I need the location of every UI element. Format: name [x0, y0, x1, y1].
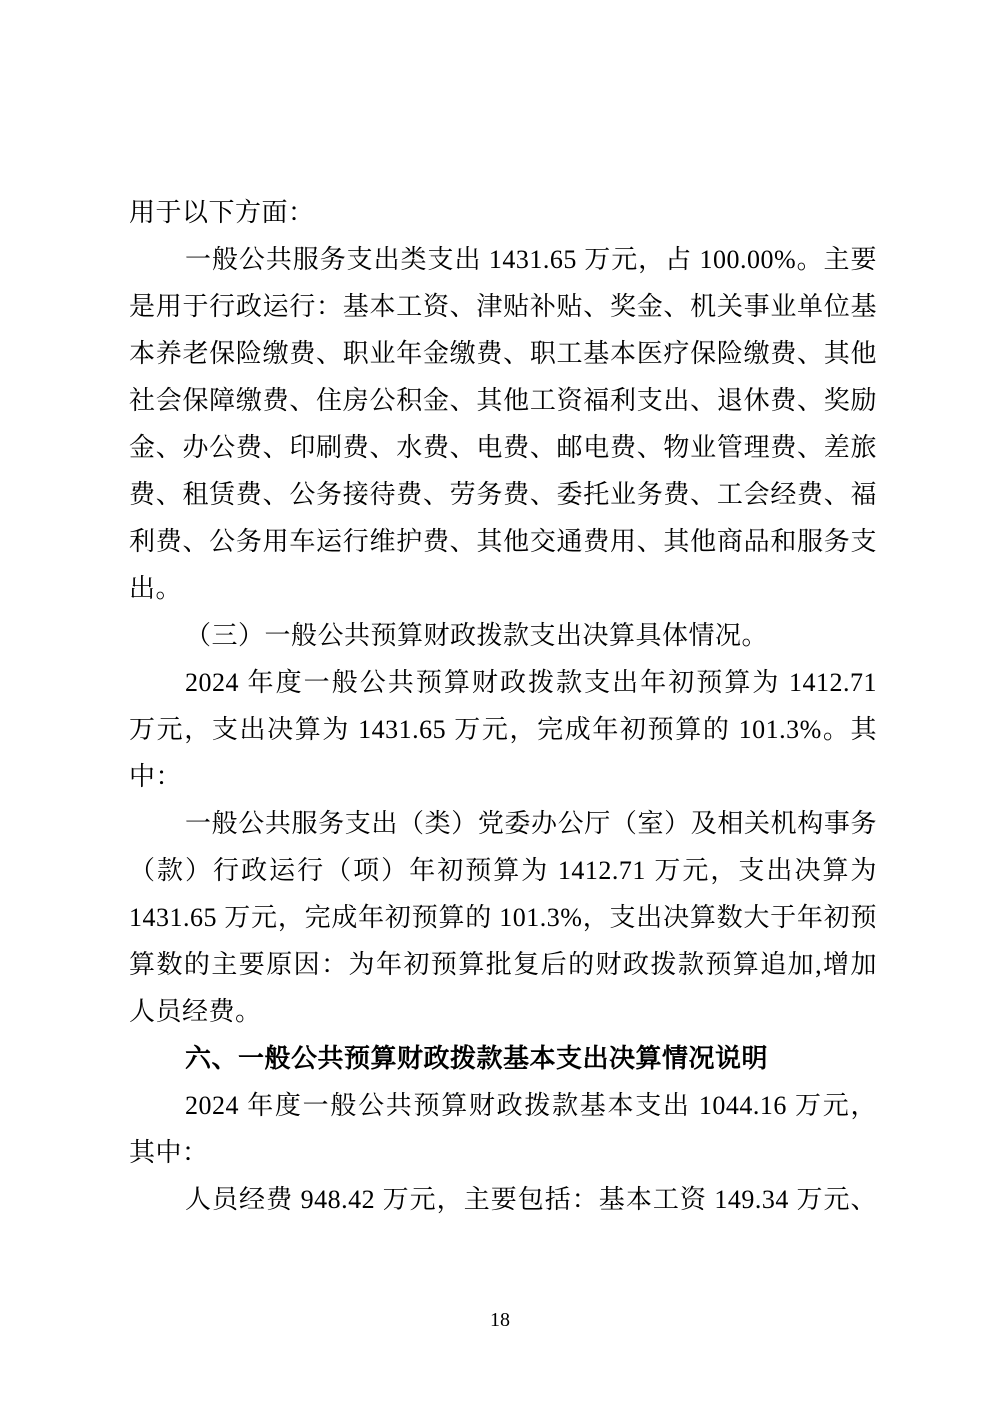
text-line: 费、租赁费、公务接待费、劳务费、委托业务费、工会经费、福 [129, 471, 877, 518]
text-line: 2024 年度一般公共预算财政拨款基本支出 1044.16 万元， [129, 1082, 877, 1129]
text-line: 金、办公费、印刷费、水费、电费、邮电费、物业管理费、差旅 [129, 424, 877, 471]
page-number: 18 [490, 1309, 510, 1331]
text-line: 用于以下方面： [129, 189, 877, 236]
text-line: 其中： [129, 1129, 877, 1176]
section-heading: 六、一般公共预算财政拨款基本支出决算情况说明 [129, 1035, 877, 1082]
text-line: 一般公共服务支出（类）党委办公厅（室）及相关机构事务 [129, 800, 877, 847]
text-line: 社会保障缴费、住房公积金、其他工资福利支出、退休费、奖励 [129, 377, 877, 424]
text-line: 万元，支出决算为 1431.65 万元，完成年初预算的 101.3%。其 [129, 706, 877, 753]
text-line: 是用于行政运行：基本工资、津贴补贴、奖金、机关事业单位基 [129, 283, 877, 330]
text-line: 2024 年度一般公共预算财政拨款支出年初预算为 1412.71 [129, 659, 877, 706]
text-line: 中： [129, 753, 877, 800]
text-line: 人员经费 948.42 万元，主要包括：基本工资 149.34 万元、 [129, 1176, 877, 1223]
text-line: 算数的主要原因：为年初预算批复后的财政拨款预算追加,增加 [129, 941, 877, 988]
page-footer: 18 [0, 1308, 1000, 1332]
document-page: 用于以下方面：一般公共服务支出类支出 1431.65 万元，占 100.00%。… [0, 0, 1000, 1414]
document-body: 用于以下方面：一般公共服务支出类支出 1431.65 万元，占 100.00%。… [129, 189, 877, 1223]
text-line: 1431.65 万元，完成年初预算的 101.3%，支出决算数大于年初预 [129, 894, 877, 941]
text-line: 出。 [129, 565, 877, 612]
text-line: 一般公共服务支出类支出 1431.65 万元，占 100.00%。主要 [129, 236, 877, 283]
text-line: （款）行政运行（项）年初预算为 1412.71 万元，支出决算为 [129, 847, 877, 894]
text-line: 利费、公务用车运行维护费、其他交通费用、其他商品和服务支 [129, 518, 877, 565]
text-line: （三）一般公共预算财政拨款支出决算具体情况。 [129, 612, 877, 659]
text-line: 人员经费。 [129, 988, 877, 1035]
text-line: 本养老保险缴费、职业年金缴费、职工基本医疗保险缴费、其他 [129, 330, 877, 377]
